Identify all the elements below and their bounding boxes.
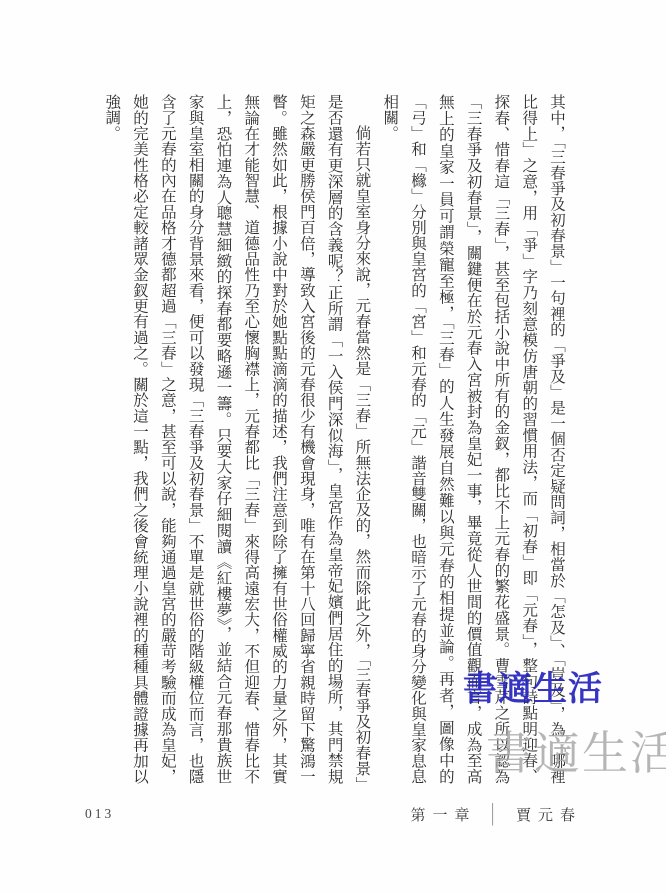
page-number: 013 [85, 806, 114, 822]
body-text: 其中，「三春爭及初春景」一句裡的「爭及」是一個否定疑問詞，相當於「怎及」、「豈及… [94, 94, 570, 784]
paragraph-1: 其中，「三春爭及初春景」一句裡的「爭及」是一個否定疑問詞，相當於「怎及」、「豈及… [375, 94, 570, 784]
paragraph-2: 倘若只就皇室身分來說，元春當然是「三春」所無法企及的，然而除此之外，「三春爭及初… [97, 94, 375, 784]
book-page: 其中，「三春爭及初春景」一句裡的「爭及」是一個否定疑問詞，相當於「怎及」、「豈及… [0, 0, 666, 894]
chapter-footer: 第一章 ｜ 賈元春 [410, 804, 582, 825]
chapter-title: 第一章 [410, 808, 476, 824]
section-title: 賈元春 [516, 808, 582, 824]
footer-separator: ｜ [485, 799, 507, 831]
